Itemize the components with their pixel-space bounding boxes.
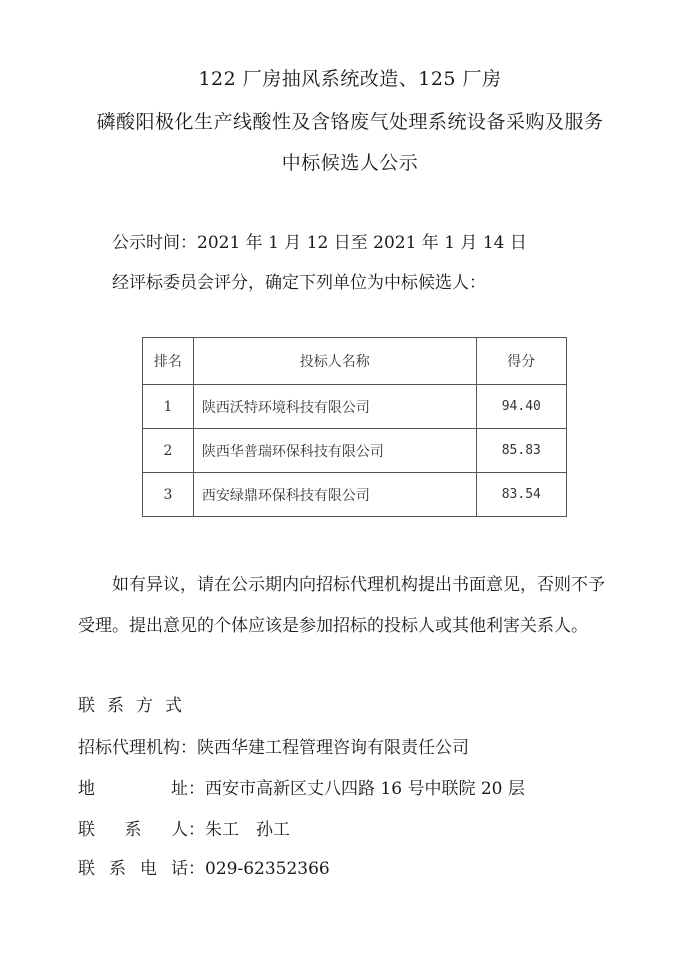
contact-heading: 联系方式 bbox=[78, 691, 182, 716]
score-cell: 85.83 bbox=[476, 429, 566, 473]
table-row: 3 西安绿鼎环保科技有限公司 83.54 bbox=[143, 473, 567, 517]
rank-cell: 1 bbox=[143, 385, 194, 429]
bidder-name-cell: 陕西华普瑞环保科技有限公司 bbox=[193, 429, 476, 473]
document-title-line-2: 磷酸阳极化生产线酸性及含铬废气处理系统设备采购及服务 bbox=[0, 107, 700, 134]
table-row: 1 陕西沃特环境科技有限公司 94.40 bbox=[143, 385, 567, 429]
person-colon: ： bbox=[188, 820, 205, 840]
contact-phone: 联系电话：029-62352366 bbox=[78, 854, 330, 879]
person-value: 朱工 孙工 bbox=[205, 820, 290, 840]
phone-label: 联系电话 bbox=[78, 854, 188, 879]
rank-cell: 3 bbox=[143, 473, 194, 517]
results-table: 排名 投标人名称 得分 1 陕西沃特环境科技有限公司 94.40 2 陕西华普瑞… bbox=[142, 337, 567, 517]
publicity-time: 公示时间：2021 年 1 月 12 日至 2021 年 1 月 14 日 bbox=[112, 228, 527, 253]
contact-heading-text: 联系方式 bbox=[78, 691, 182, 716]
rank-cell: 2 bbox=[143, 429, 194, 473]
person-label: 联系人 bbox=[78, 815, 188, 840]
header-score: 得分 bbox=[476, 338, 566, 385]
document-title-line-3: 中标候选人公示 bbox=[0, 148, 700, 175]
address-value: 西安市高新区丈八四路 16 号中联院 20 层 bbox=[205, 779, 525, 799]
address-label: 地址 bbox=[78, 774, 188, 799]
header-bidder-name: 投标人名称 bbox=[193, 338, 476, 385]
address-colon: ： bbox=[188, 779, 205, 799]
phone-value: 029-62352366 bbox=[205, 859, 330, 879]
agency-label: 招标代理机构： bbox=[78, 738, 197, 758]
contact-address: 地址：西安市高新区丈八四路 16 号中联院 20 层 bbox=[78, 774, 525, 799]
bidder-name-cell: 陕西沃特环境科技有限公司 bbox=[193, 385, 476, 429]
objection-notice-line-1: 如有异议，请在公示期内向招标代理机构提出书面意见，否则不予 bbox=[112, 570, 605, 595]
bidder-name-cell: 西安绿鼎环保科技有限公司 bbox=[193, 473, 476, 517]
table-header-row: 排名 投标人名称 得分 bbox=[143, 338, 567, 385]
score-cell: 83.54 bbox=[476, 473, 566, 517]
contact-person: 联系人：朱工 孙工 bbox=[78, 815, 290, 840]
score-cell: 94.40 bbox=[476, 385, 566, 429]
contact-agency: 招标代理机构：陕西华建工程管理咨询有限责任公司 bbox=[78, 733, 469, 758]
document-title-line-1: 122 厂房抽风系统改造、125 厂房 bbox=[0, 64, 700, 91]
phone-colon: ： bbox=[188, 859, 205, 879]
agency-value: 陕西华建工程管理咨询有限责任公司 bbox=[197, 738, 469, 758]
objection-notice-line-2: 受理。提出意见的个体应该是参加招标的投标人或其他利害关系人。 bbox=[78, 611, 588, 636]
table-row: 2 陕西华普瑞环保科技有限公司 85.83 bbox=[143, 429, 567, 473]
header-rank: 排名 bbox=[143, 338, 194, 385]
evaluation-statement: 经评标委员会评分，确定下列单位为中标候选人： bbox=[112, 268, 486, 293]
